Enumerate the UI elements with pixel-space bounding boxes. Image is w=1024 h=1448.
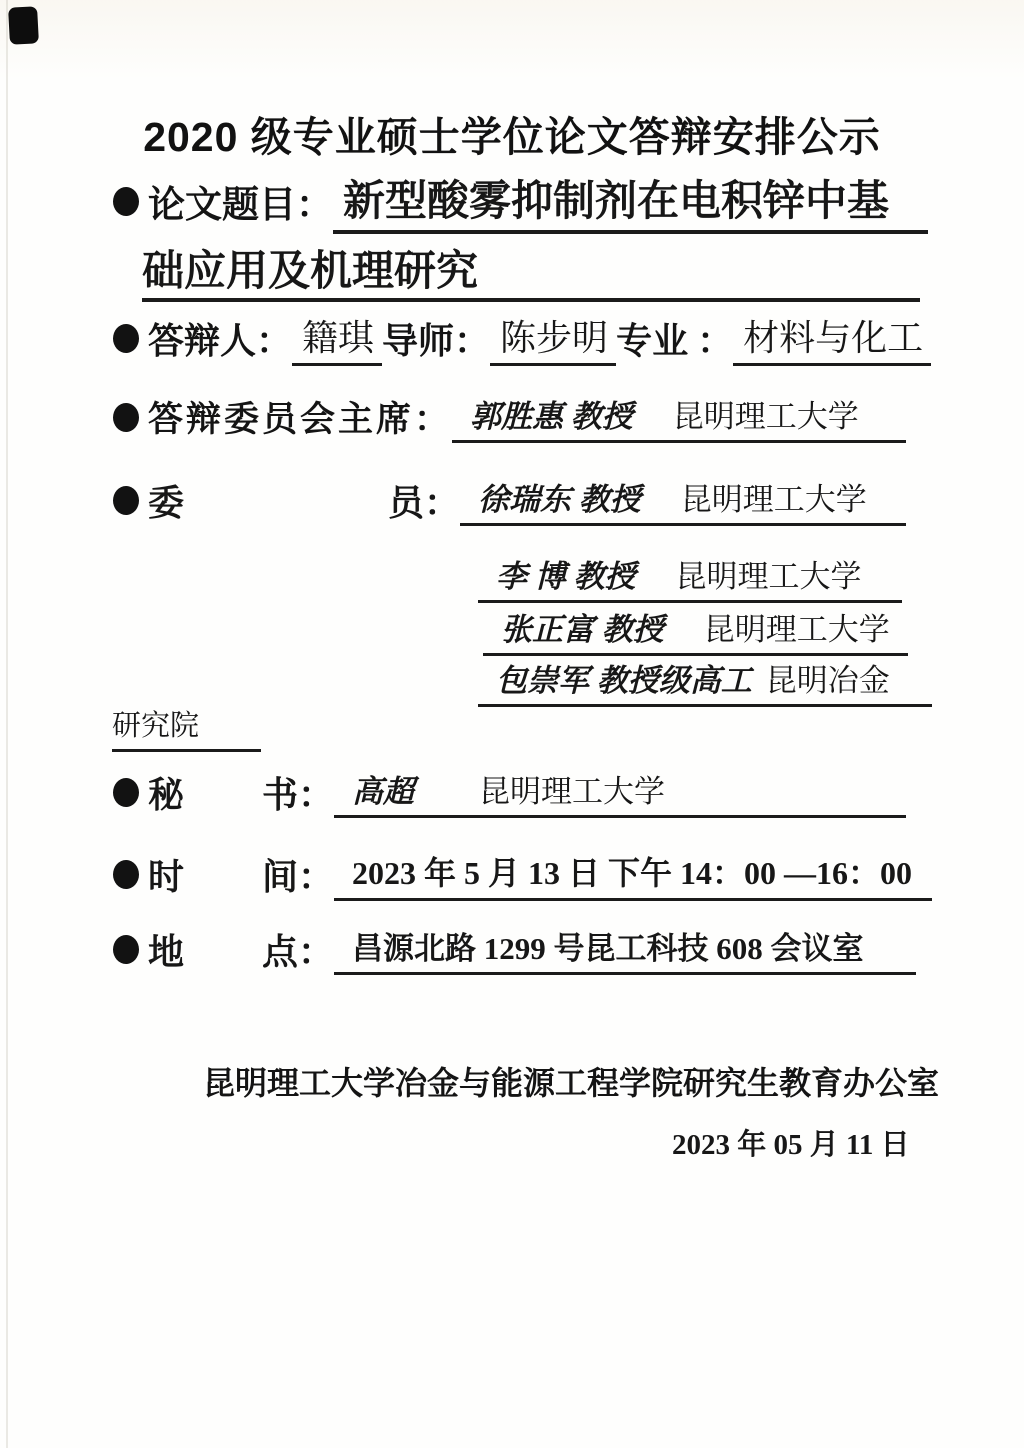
member-row: 张正富 教授 昆明理工大学 <box>483 604 908 656</box>
thesis-title-row-2: 础应用及机理研究 <box>142 238 920 302</box>
defender-name-underline: 籍琪 <box>292 310 382 366</box>
scan-edge-artifact <box>6 0 8 1448</box>
member-affiliation: 昆明理工大学 <box>676 551 862 596</box>
thesis-title-line1: 新型酸雾抑制剂在电积锌中基 <box>333 168 897 230</box>
time-row: 时 间： 2023 年 5 月 13 日 下午 14：00 —16：00 <box>113 848 932 901</box>
member-row: 包崇军 教授级高工 昆明冶金 <box>478 655 932 707</box>
location-row: 地 点： 昌源北路 1299 号昆工科技 608 会议室 <box>113 923 916 975</box>
thesis-title-underline-2: 础应用及机理研究 <box>142 238 920 302</box>
bullet-icon <box>113 324 139 353</box>
secretary-underline: 高超 昆明理工大学 <box>334 766 906 818</box>
member-4-underline: 包崇军 教授级高工 昆明冶金 <box>478 655 932 707</box>
secretary-affiliation: 昆明理工大学 <box>479 766 665 811</box>
member-name: 张正富 教授 <box>501 604 664 649</box>
member-row: 李 博 教授 昆明理工大学 <box>478 551 902 603</box>
defender-name: 籍琪 <box>292 310 382 363</box>
committee-row: 委 员： 徐瑞东 教授 昆明理工大学 <box>113 474 906 526</box>
member-3-underline: 张正富 教授 昆明理工大学 <box>483 604 908 656</box>
bullet-icon <box>113 403 139 432</box>
major-value: 材料与化工 <box>733 310 931 363</box>
committee-label-second: 员： <box>388 475 460 526</box>
affiliation-wrap-text: 研究院 <box>112 703 199 744</box>
location-label: 地 点： <box>148 924 334 975</box>
time-label: 时 间： <box>148 849 334 900</box>
member-affiliation: 昆明理工大学 <box>681 474 867 519</box>
footer-date: 2023 年 05 月 11 日 <box>672 1122 910 1163</box>
member-name: 李 博 教授 <box>496 551 636 596</box>
location-value: 昌源北路 1299 号昆工科技 608 会议室 <box>352 923 864 968</box>
thesis-title-line2: 础应用及机理研究 <box>142 249 478 295</box>
member-2-underline: 李 博 教授 昆明理工大学 <box>478 551 902 603</box>
advisor-name-underline: 陈步明 <box>490 310 616 366</box>
secretary-name: 高超 <box>352 766 414 811</box>
defender-row: 答辩人： 籍琪 导师： 陈步明 专业 ： 材料与化工 <box>113 310 928 366</box>
footer-office: 昆明理工大学冶金与能源工程学院研究生教育办公室 <box>203 1058 939 1104</box>
location-label-second: 点： <box>262 924 334 975</box>
thesis-title-label: 论文题目： <box>148 174 333 228</box>
time-label-second: 间： <box>262 849 334 900</box>
committee-label: 委 员： <box>148 475 460 526</box>
secretary-label-first: 秘 <box>148 767 184 818</box>
advisor-label: 导师： <box>382 313 490 364</box>
bullet-icon <box>113 935 139 964</box>
affiliation-wrap-underline: 研究院 <box>112 703 261 752</box>
scan-corner-artifact <box>8 6 39 44</box>
bullet-icon <box>113 486 139 515</box>
secretary-label: 秘 书： <box>148 767 334 818</box>
chair-underline: 郭胜惠 教授 昆明理工大学 <box>452 391 906 443</box>
bullet-icon <box>113 860 139 889</box>
time-label-first: 时 <box>148 849 184 900</box>
member-name: 徐瑞东 教授 <box>478 474 641 519</box>
member-name: 包崇军 教授级高工 <box>496 655 752 700</box>
secretary-row: 秘 书： 高超 昆明理工大学 <box>113 766 906 818</box>
chair-affiliation: 昆明理工大学 <box>673 391 859 436</box>
location-underline: 昌源北路 1299 号昆工科技 608 会议室 <box>334 923 916 975</box>
defender-label: 答辩人： <box>148 313 292 364</box>
major-underline: 材料与化工 <box>733 310 931 366</box>
committee-label-first: 委 <box>148 475 184 526</box>
announcement-page: 2020 级专业硕士学位论文答辩安排公示 论文题目： 新型酸雾抑制剂在电积锌中基… <box>0 0 1024 1448</box>
chair-label: 答辩委员会主席： <box>148 392 452 442</box>
bullet-icon <box>113 187 139 216</box>
member-affiliation: 昆明冶金 <box>766 655 890 700</box>
bullet-icon <box>113 778 139 807</box>
chair-name: 郭胜惠 教授 <box>470 391 633 436</box>
member-affiliation: 昆明理工大学 <box>704 604 890 649</box>
location-label-first: 地 <box>148 924 184 975</box>
major-label: 专业 ： <box>616 313 733 364</box>
page-title: 2020 级专业硕士学位论文答辩安排公示 <box>0 104 1024 163</box>
affiliation-wrap-row: 研究院 <box>112 703 261 752</box>
time-value: 2023 年 5 月 13 日 下午 14：00 —16：00 <box>352 848 912 894</box>
thesis-title-row: 论文题目： 新型酸雾抑制剂在电积锌中基 <box>113 168 928 234</box>
time-underline: 2023 年 5 月 13 日 下午 14：00 —16：00 <box>334 848 932 901</box>
member-1-underline: 徐瑞东 教授 昆明理工大学 <box>460 474 906 526</box>
chair-row: 答辩委员会主席： 郭胜惠 教授 昆明理工大学 <box>113 391 906 443</box>
secretary-label-second: 书： <box>262 767 334 818</box>
thesis-title-underline: 新型酸雾抑制剂在电积锌中基 <box>333 168 928 234</box>
advisor-name: 陈步明 <box>490 310 616 363</box>
